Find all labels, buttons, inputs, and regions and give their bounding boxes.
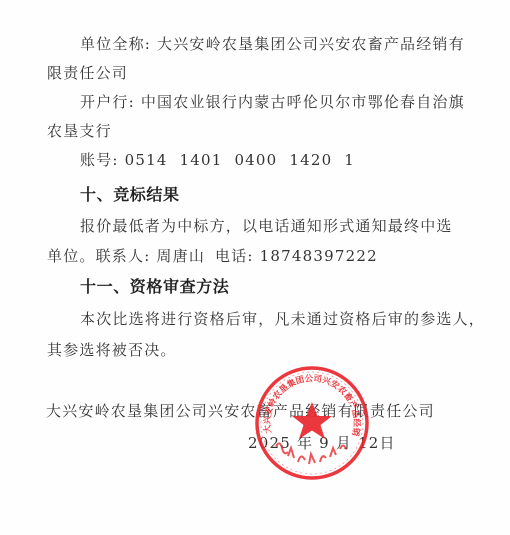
section-11-line2: 其参选将被否决。 bbox=[47, 341, 177, 359]
contact-person: 单位。联系人: 周唐山 bbox=[47, 247, 205, 265]
contact-phone: 电话: 18748397222 bbox=[215, 247, 378, 265]
bank-line1: 开户行: 中国农业银行内蒙古呼伦贝尔市鄂伦春自治旗 bbox=[80, 93, 465, 111]
date-year: 2025 bbox=[248, 434, 291, 452]
date-year-unit: 年 bbox=[297, 434, 313, 452]
account-name-line1: 单位全称: 大兴安岭农垦集团公司兴安农畜产品经销有 bbox=[80, 35, 465, 53]
account-name-line2: 限责任公司 bbox=[47, 64, 128, 82]
date-month-unit: 月 bbox=[336, 434, 352, 452]
seal-ring-text: 大兴安岭农垦集团公司兴安农畜产品经销有限责任公司 bbox=[254, 364, 362, 437]
account-number-line: 账号: 0514 1401 0400 1420 1 bbox=[80, 151, 355, 169]
document-page: 单位全称: 大兴安岭农垦集团公司兴安农畜产品经销有 限责任公司 开户行: 中国农… bbox=[0, 0, 510, 535]
company-seal: 大兴安岭农垦集团公司兴安农畜产品经销有限责任公司 bbox=[254, 364, 370, 482]
section-11-heading: 十一、资格审查方法 bbox=[80, 278, 229, 296]
bank-line2: 农垦支行 bbox=[47, 122, 112, 140]
section-11-line1: 本次比选将进行资格后审，凡未通过资格后审的参选人， bbox=[80, 310, 485, 328]
signature-company: 大兴安岭农垦集团公司兴安农畜产品经销有限责任公司 bbox=[46, 402, 435, 420]
signature-date: 2025 年 9 月 12日 bbox=[248, 434, 396, 452]
date-month: 9 bbox=[319, 434, 330, 452]
date-day: 12 bbox=[358, 434, 380, 452]
section-10-heading: 十、竞标结果 bbox=[80, 186, 180, 204]
section-10-line2: 单位。联系人: 周唐山电话: 18748397222 bbox=[47, 247, 378, 265]
date-day-unit: 日 bbox=[380, 434, 396, 452]
section-10-line1: 报价最低者为中标方，以电话通知形式通知最终中选 bbox=[80, 217, 453, 235]
